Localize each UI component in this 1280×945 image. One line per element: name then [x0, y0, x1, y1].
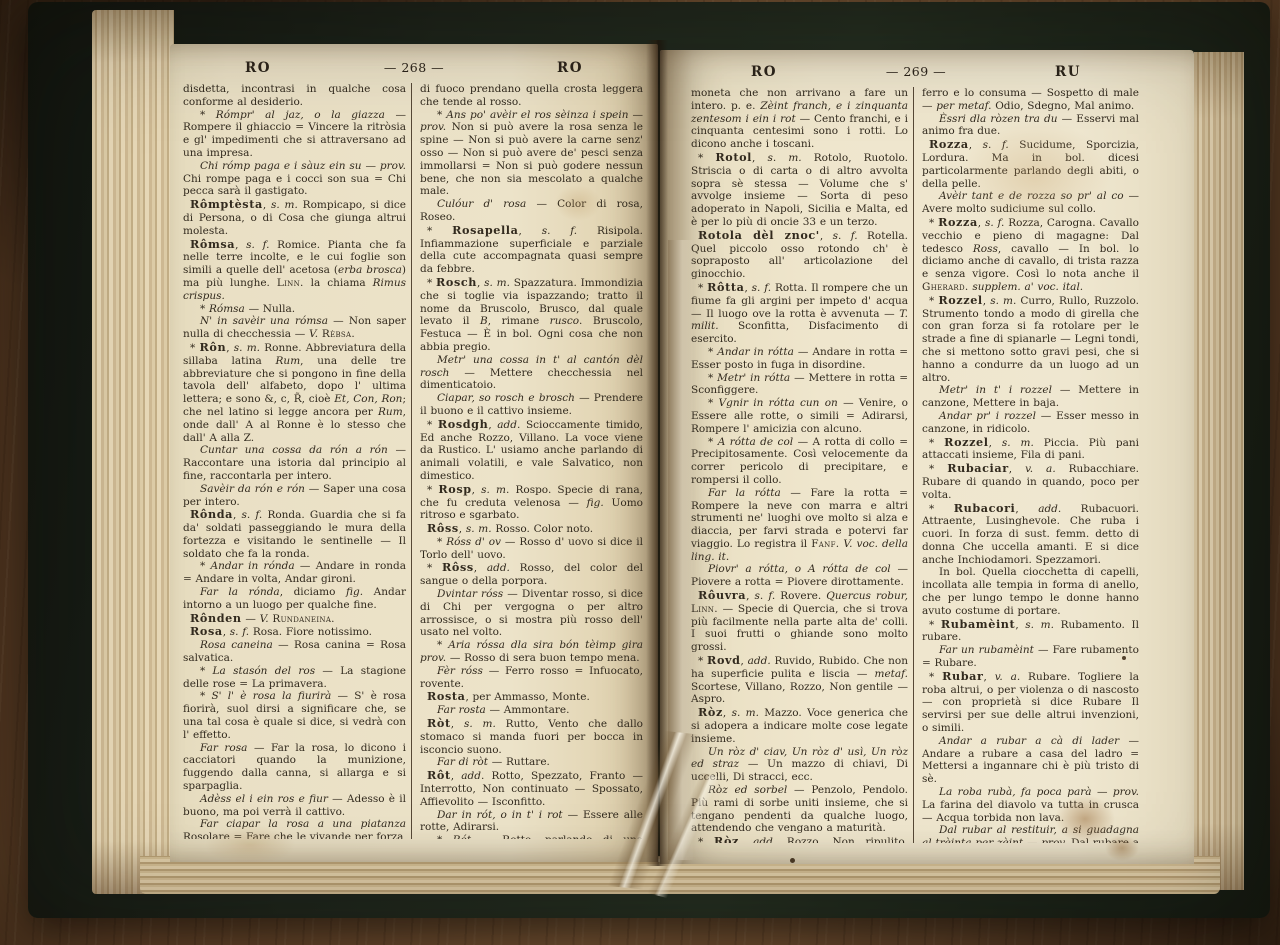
- dictionary-paragraph: La roba rubà, fa poca parà — prov. La fa…: [922, 786, 1139, 824]
- dictionary-paragraph: Far rosta — Ammontare.: [420, 704, 643, 717]
- dictionary-paragraph: * Rót — Rotto, parlando di una somma di …: [420, 834, 643, 839]
- dictionary-paragraph: Andar pr' i rozzel — Esser messo in canz…: [922, 410, 1139, 436]
- dictionary-paragraph: Metr' una cossa in t' al cantón dèl rosc…: [420, 354, 643, 392]
- page-number-269: — 269 —: [840, 64, 992, 79]
- dictionary-paragraph: * Rubacori, add. Rubacuori. Attraente, L…: [922, 502, 1139, 567]
- dictionary-paragraph: * Andar in rónda — Andare in ronda = And…: [183, 560, 406, 586]
- dictionary-paragraph: * Andar in rótta — Andare in rotta = Ess…: [691, 346, 908, 372]
- dictionary-paragraph: * Ròz, add. Rozzo. Non ripulito, Ruvido.…: [691, 835, 908, 843]
- right-page: RO — 269 — RU moneta che non arrivano a …: [660, 50, 1194, 864]
- dictionary-paragraph: Rôt, add. Rotto, Spezzato, Franto — Inte…: [420, 769, 643, 808]
- dictionary-column-2: di fuoco prendano quella crosta leggera …: [411, 83, 648, 839]
- dictionary-paragraph: Dar in rót, o in t' i rot — Essere alle …: [420, 809, 643, 835]
- dictionary-column-4: ferro e lo consuma — Sospetto di male — …: [913, 87, 1144, 843]
- page-block-edge-right: [1194, 52, 1244, 890]
- photo-of-open-dictionary: { "book": { "left_page": { "header": {"l…: [0, 0, 1280, 945]
- dictionary-paragraph: * Rosapella, s. f. Risipola. Infiammazio…: [420, 224, 643, 276]
- dictionary-paragraph: Cuntar una cossa da rón a rón — Racconta…: [183, 444, 406, 482]
- dictionary-paragraph: * Rôss, add. Rosso, del color del sangue…: [420, 561, 643, 588]
- dictionary-paragraph: Metr' in t' i rozzel — Mettere in canzon…: [922, 384, 1139, 410]
- left-page: RO — 268 — RO disdetta, incontrasi in qu…: [170, 44, 658, 862]
- dictionary-paragraph: ferro e lo consuma — Sospetto di male — …: [922, 87, 1139, 113]
- dictionary-paragraph: Ròz ed sorbel — Penzolo, Pendolo. Più ra…: [691, 784, 908, 835]
- page-number-268: — 268 —: [336, 60, 492, 75]
- dictionary-paragraph: Rônda, s. f. Ronda. Guardia che si fa da…: [183, 508, 406, 560]
- dictionary-paragraph: Dvintar róss — Diventar rosso, si dice d…: [420, 588, 643, 639]
- dictionary-paragraph: Rôuvra, s. f. Rovere. Quercus robur, Lin…: [691, 589, 908, 654]
- dictionary-column-3: moneta che non arrivano a fare un intero…: [688, 87, 913, 843]
- dictionary-paragraph: * Rôn, s. m. Ronne. Abbreviatura della s…: [183, 341, 406, 444]
- dictionary-paragraph: Dal rubar al restituir, a si guadagna al…: [922, 824, 1139, 843]
- dictionary-paragraph: Rotola dèl znoc', s. f. Rotella. Quel pi…: [691, 229, 908, 281]
- dictionary-paragraph: * Róss d' ov — Rosso d' uovo si dice il …: [420, 536, 643, 562]
- dictionary-paragraph: * Rubar, v. a. Rubare. Togliere la roba …: [922, 670, 1139, 735]
- dictionary-paragraph: Far di ròt — Ruttare.: [420, 756, 643, 769]
- dictionary-paragraph: Ròt, s. m. Rutto, Vento che dallo stomac…: [420, 717, 643, 756]
- dictionary-paragraph: di fuoco prendano quella crosta leggera …: [420, 83, 643, 109]
- dictionary-paragraph: Rozza, s. f. Sucidume, Sporcizia, Lordur…: [922, 138, 1139, 190]
- dictionary-paragraph: Andar a rubar a cà di lader — Andare a r…: [922, 735, 1139, 786]
- dictionary-paragraph: Rômptèsta, s. m. Rompicapo, si dice di P…: [183, 198, 406, 237]
- left-page-header: RO — 268 — RO: [180, 60, 648, 76]
- dictionary-paragraph: * Rosch, s. m. Spazzatura. Immondizia ch…: [420, 276, 643, 354]
- dictionary-paragraph: Èssri dla ròzen tra du — Esservi mal ani…: [922, 113, 1139, 139]
- dictionary-paragraph: Fèr róss — Ferro rosso = Infuocato, rove…: [420, 665, 643, 691]
- dictionary-paragraph: disdetta, incontrasi in qualche cosa con…: [183, 83, 406, 109]
- dictionary-paragraph: In bol. Quella ciocchetta di capelli, in…: [922, 566, 1139, 617]
- running-head-right: RO: [492, 60, 648, 76]
- dictionary-paragraph: Rosa caneina — Rosa canina = Rosa salvat…: [183, 639, 406, 665]
- dictionary-paragraph: Far la rónda, diciamo fig. Andar intorno…: [183, 586, 406, 612]
- dictionary-paragraph: Rônden — V. Rundaneina.: [183, 612, 406, 626]
- dictionary-paragraph: Adèss el i ein ros e fiur — Adesso è il …: [183, 793, 406, 819]
- dictionary-paragraph: Far rosa — Far la rosa, lo dicono i cacc…: [183, 742, 406, 793]
- dictionary-paragraph: Ciapar, so rosch e brosch — Prendere il …: [420, 392, 643, 418]
- running-head-left: RO: [688, 64, 840, 80]
- dictionary-paragraph: * Metr' in rótta — Mettere in rotta = Sc…: [691, 372, 908, 398]
- dictionary-paragraph: * Rotol, s. m. Rotolo, Ruotolo. Striscia…: [691, 151, 908, 229]
- dictionary-paragraph: Chi rómp paga e i sàuz ein su — prov. Ch…: [183, 160, 406, 198]
- dictionary-paragraph: Un ròz d' ciav, Un ròz d' usì, Un ròz ed…: [691, 746, 908, 784]
- dictionary-paragraph: Avèir tant e de rozza so pr' al co — Ave…: [922, 190, 1139, 216]
- page-block-edge-left: [92, 10, 174, 894]
- dictionary-paragraph: Far un rubamèint — Fare rubamento = Ruba…: [922, 644, 1139, 670]
- dictionary-paragraph: * Rozza, s. f. Rozza, Carogna. Cavallo v…: [922, 216, 1139, 294]
- dictionary-paragraph: Rômsa, s. f. Romice. Pianta che fa nelle…: [183, 238, 406, 303]
- right-page-header: RO — 269 — RU: [688, 64, 1144, 80]
- dictionary-paragraph: Ròz, s. m. Mazzo. Voce generica che si a…: [691, 706, 908, 745]
- dictionary-column-1: disdetta, incontrasi in qualche cosa con…: [180, 83, 411, 839]
- dictionary-paragraph: * Rubaciar, v. a. Rubacchiare. Rubare di…: [922, 462, 1139, 501]
- dictionary-paragraph: * Rosp, s. m. Rospo. Specie di rana, che…: [420, 483, 643, 522]
- dictionary-paragraph: * Rómpr' al jaz, o la giazza — Rompere i…: [183, 109, 406, 160]
- dictionary-paragraph: N' in savèir una rómsa — Non saper nulla…: [183, 315, 406, 341]
- dictionary-paragraph: * Aria róssa dla sira bón tèimp gira pro…: [420, 639, 643, 665]
- dictionary-paragraph: * S' l' è rosa la fiurirà — S' è rosa fi…: [183, 690, 406, 741]
- dictionary-paragraph: * A rótta de col — A rotta di collo = Pr…: [691, 436, 908, 487]
- dictionary-paragraph: Rosta, per Ammasso, Monte.: [420, 690, 643, 704]
- dictionary-paragraph: * La stasón del ros — La stagione delle …: [183, 665, 406, 691]
- dictionary-paragraph: Far ciapar la rosa a una piatanza Rosola…: [183, 818, 406, 839]
- dictionary-paragraph: * Vgnir in rótta cun on — Venire, o Esse…: [691, 397, 908, 435]
- dictionary-paragraph: * Rosdgh, add. Scioccamente timido, Ed a…: [420, 418, 643, 483]
- running-head-right: RU: [992, 64, 1144, 80]
- dictionary-paragraph: * Rozzel, s. m. Curro, Rullo, Ruzzolo. S…: [922, 294, 1139, 385]
- dictionary-paragraph: * Rubamèint, s. m. Rubamento. Il rubare.: [922, 618, 1139, 645]
- dictionary-paragraph: Far la rótta — Fare la rotta = Rompere l…: [691, 487, 908, 564]
- dictionary-paragraph: * Rozzel, s. m. Piccia. Più pani attacca…: [922, 436, 1139, 463]
- running-head-left: RO: [180, 60, 336, 76]
- book-gutter-shadow: [646, 40, 668, 866]
- dictionary-paragraph: * Rôtta, s. f. Rotta. Il rompere che un …: [691, 281, 908, 346]
- dictionary-paragraph: Savèir da rón e rón — Saper una cosa per…: [183, 483, 406, 509]
- dictionary-paragraph: * Rómsa — Nulla.: [183, 303, 406, 316]
- dictionary-paragraph: * Ans po' avèir el ros sèinza i spein — …: [420, 109, 643, 199]
- dictionary-paragraph: * Rovd, add. Ruvido, Rubido. Che non ha …: [691, 654, 908, 706]
- dictionary-paragraph: Culóur d' rosa — Color di rosa, Roseo.: [420, 198, 643, 224]
- dictionary-paragraph: Rosa, s. f. Rosa. Fiore notissimo.: [183, 625, 406, 639]
- dictionary-paragraph: Piovr' a rótta, o A rótta de col — Piove…: [691, 563, 908, 589]
- dictionary-paragraph: moneta che non arrivano a fare un intero…: [691, 87, 908, 151]
- dictionary-paragraph: Rôss, s. m. Rosso. Color noto.: [420, 522, 643, 536]
